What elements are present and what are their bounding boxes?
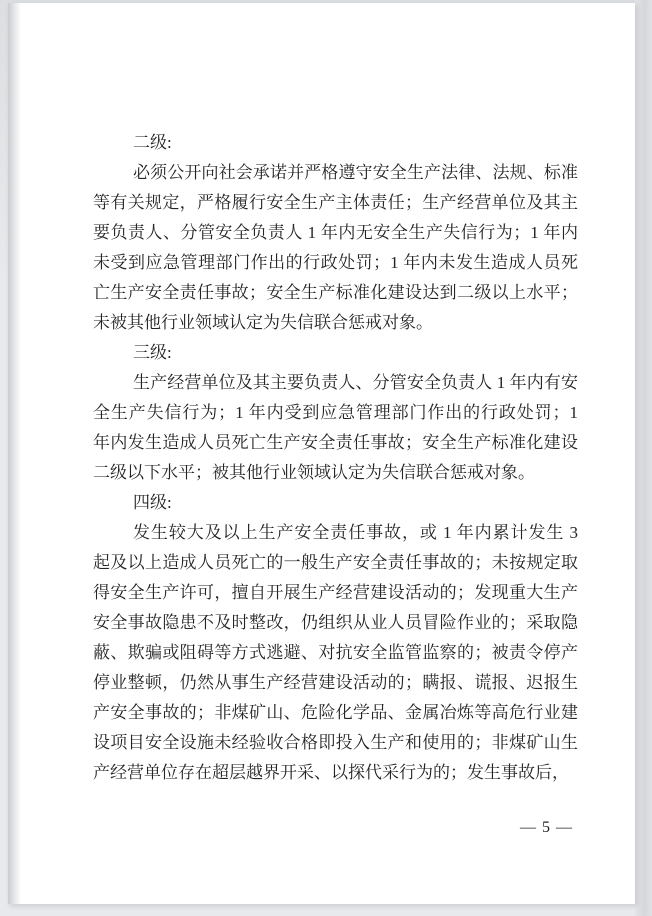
text-line: 等有关规定，严格履行安全生产主体责任；生产经营单位及其主 bbox=[93, 188, 578, 218]
text-line: 年内发生造成人员死亡生产安全责任事故；安全生产标准化建设 bbox=[93, 428, 578, 458]
text-line: 产安全事故的；非煤矿山、危险化学品、金属冶炼等高危行业建 bbox=[93, 698, 578, 728]
text-line: 二级以下水平；被其他行业领域认定为失信联合惩戒对象。 bbox=[93, 458, 578, 488]
text-line: 起及以上造成人员死亡的一般生产安全责任事故的；未按规定取 bbox=[93, 548, 578, 578]
section-heading-2: 三级: bbox=[93, 338, 578, 368]
text-line: 安全事故隐患不及时整改，仍组织从业人员冒险作业的；采取隐 bbox=[93, 608, 578, 638]
text-line: 停业整顿，仍然从事生产经营建设活动的；瞒报、谎报、迟报生 bbox=[93, 668, 578, 698]
document-viewer: { "document": { "sections": [ { "heading… bbox=[0, 0, 652, 916]
document-page: 二级:必须公开向社会承诺并严格遵守安全生产法律、法规、标准等有关规定，严格履行安… bbox=[8, 3, 635, 904]
text-line: 未被其他行业领域认定为失信联合惩戒对象。 bbox=[93, 308, 578, 338]
document-body: 二级:必须公开向社会承诺并严格遵守安全生产法律、法规、标准等有关规定，严格履行安… bbox=[93, 128, 578, 788]
text-line: 亡生产安全责任事故；安全生产标准化建设达到二级以上水平； bbox=[93, 278, 578, 308]
text-line: 设项目安全设施未经验收合格即投入生产和使用的；非煤矿山生 bbox=[93, 728, 578, 758]
text-line: 发生较大及以上生产安全责任事故，或 1 年内累计发生 3 bbox=[93, 518, 578, 548]
text-line: 得安全生产许可，擅自开展生产经营建设活动的；发现重大生产 bbox=[93, 578, 578, 608]
text-line: 生产经营单位及其主要负责人、分管安全负责人 1 年内有安 bbox=[93, 368, 578, 398]
text-line: 全生产失信行为；1 年内受到应急管理部门作出的行政处罚；1 bbox=[93, 398, 578, 428]
text-line: 必须公开向社会承诺并严格遵守安全生产法律、法规、标准 bbox=[93, 158, 578, 188]
section-heading-3: 四级: bbox=[93, 488, 578, 518]
section-heading-1: 二级: bbox=[93, 128, 578, 158]
scan-right-margin bbox=[635, 0, 652, 916]
text-line: 产经营单位存在超层越界开采、以探代采行为的；发生事故后， bbox=[93, 758, 578, 788]
text-line: 未受到应急管理部门作出的行政处罚；1 年内未发生造成人员死 bbox=[93, 248, 578, 278]
text-line: 蔽、欺骗或阻碍等方式逃避、对抗安全监管监察的；被责令停产 bbox=[93, 638, 578, 668]
page-edge-shadow bbox=[8, 3, 21, 904]
text-line: 要负责人、分管安全负责人 1 年内无安全生产失信行为；1 年内 bbox=[93, 218, 578, 248]
page-number: — 5 — bbox=[93, 813, 578, 843]
